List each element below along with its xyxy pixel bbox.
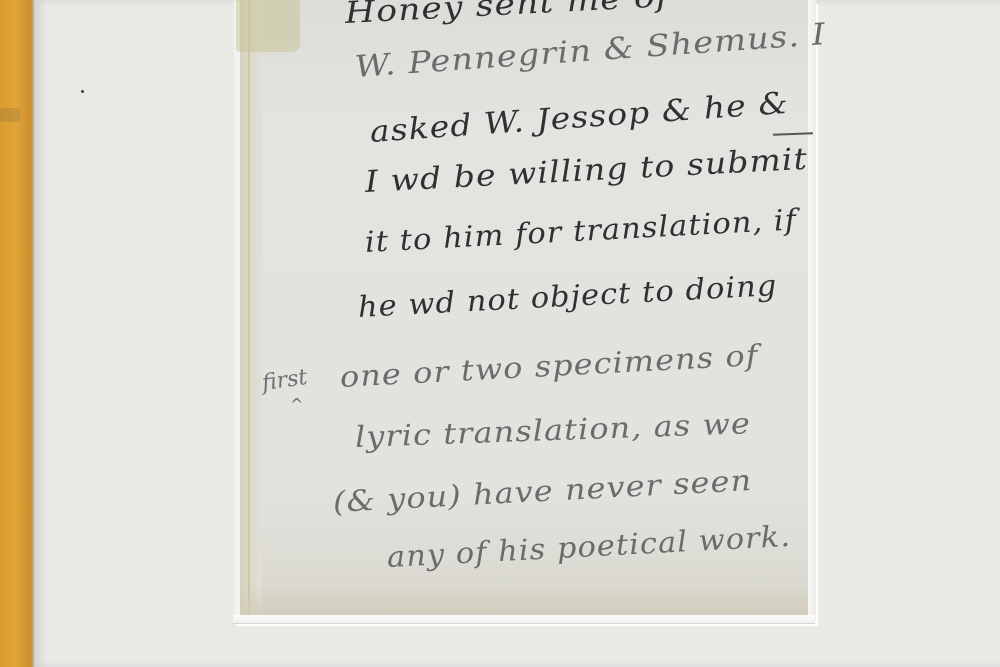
paper-left-edge [240, 0, 262, 615]
mat-bevel-bottom [233, 615, 815, 624]
insertion-caret: ^ [290, 395, 303, 414]
mounting-tape [236, 0, 300, 52]
frame-stain [0, 108, 20, 122]
mat-speck [81, 90, 84, 93]
photo-scene: Honey sent me of W. Pennegrin & Shemus. … [0, 0, 1000, 667]
wooden-frame-edge [0, 0, 34, 667]
paper-yellowing [240, 585, 808, 615]
mat-bevel-right [808, 0, 816, 623]
